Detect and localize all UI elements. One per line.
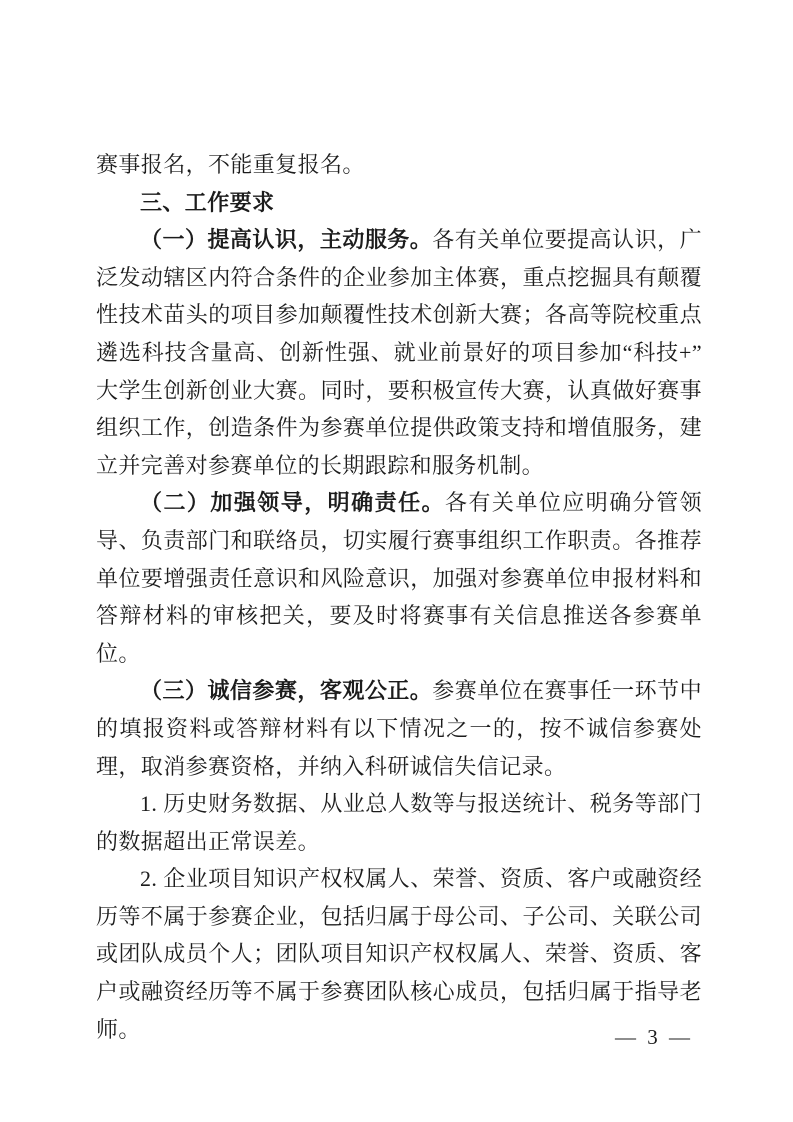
paragraph-text: 各有关单位应明确分管领导、负责部门和联络员，切实履行赛事组织工作职责。各推荐单位…: [96, 490, 702, 665]
paragraph-lead-text: （一）提高认识，主动服务。: [140, 227, 432, 252]
paragraph-lead-text: （二）加强领导，明确责任。: [140, 490, 445, 515]
document-page: 赛事报名，不能重复报名。 三、工作要求 （一）提高认识，主动服务。各有关单位要提…: [0, 0, 793, 1122]
section-heading: 三、工作要求: [96, 184, 702, 222]
paragraph-text: 赛事报名，不能重复报名。: [96, 152, 365, 177]
paragraph-item-1: （一）提高认识，主动服务。各有关单位要提高认识，广泛发动辖区内符合条件的企业参加…: [96, 221, 702, 484]
list-item-1: 1. 历史财务数据、从业总人数等与报送统计、税务等部门的数据超出正常误差。: [96, 785, 702, 860]
paragraph-continuation: 赛事报名，不能重复报名。: [96, 146, 702, 184]
list-item-2: 2. 企业项目知识产权权属人、荣誉、资质、客户或融资经历等不属于参赛企业，包括归…: [96, 860, 702, 1048]
page-number: — 3 —: [615, 1024, 693, 1050]
document-body: 赛事报名，不能重复报名。 三、工作要求 （一）提高认识，主动服务。各有关单位要提…: [96, 146, 702, 1048]
section-heading-text: 三、工作要求: [140, 190, 274, 215]
paragraph-lead-text: （三）诚信参赛，客观公正。: [140, 678, 432, 703]
paragraph-item-3: （三）诚信参赛，客观公正。参赛单位在赛事任一环节中的填报资料或答辩材料有以下情况…: [96, 672, 702, 785]
paragraph-item-2: （二）加强领导，明确责任。各有关单位应明确分管领导、负责部门和联络员，切实履行赛…: [96, 484, 702, 672]
paragraph-text: 2. 企业项目知识产权权属人、荣誉、资质、客户或融资经历等不属于参赛企业，包括归…: [96, 866, 702, 1041]
paragraph-text: 各有关单位要提高认识，广泛发动辖区内符合条件的企业参加主体赛，重点挖掘具有颠覆性…: [96, 227, 702, 478]
paragraph-text: 1. 历史财务数据、从业总人数等与报送统计、税务等部门的数据超出正常误差。: [96, 791, 702, 854]
